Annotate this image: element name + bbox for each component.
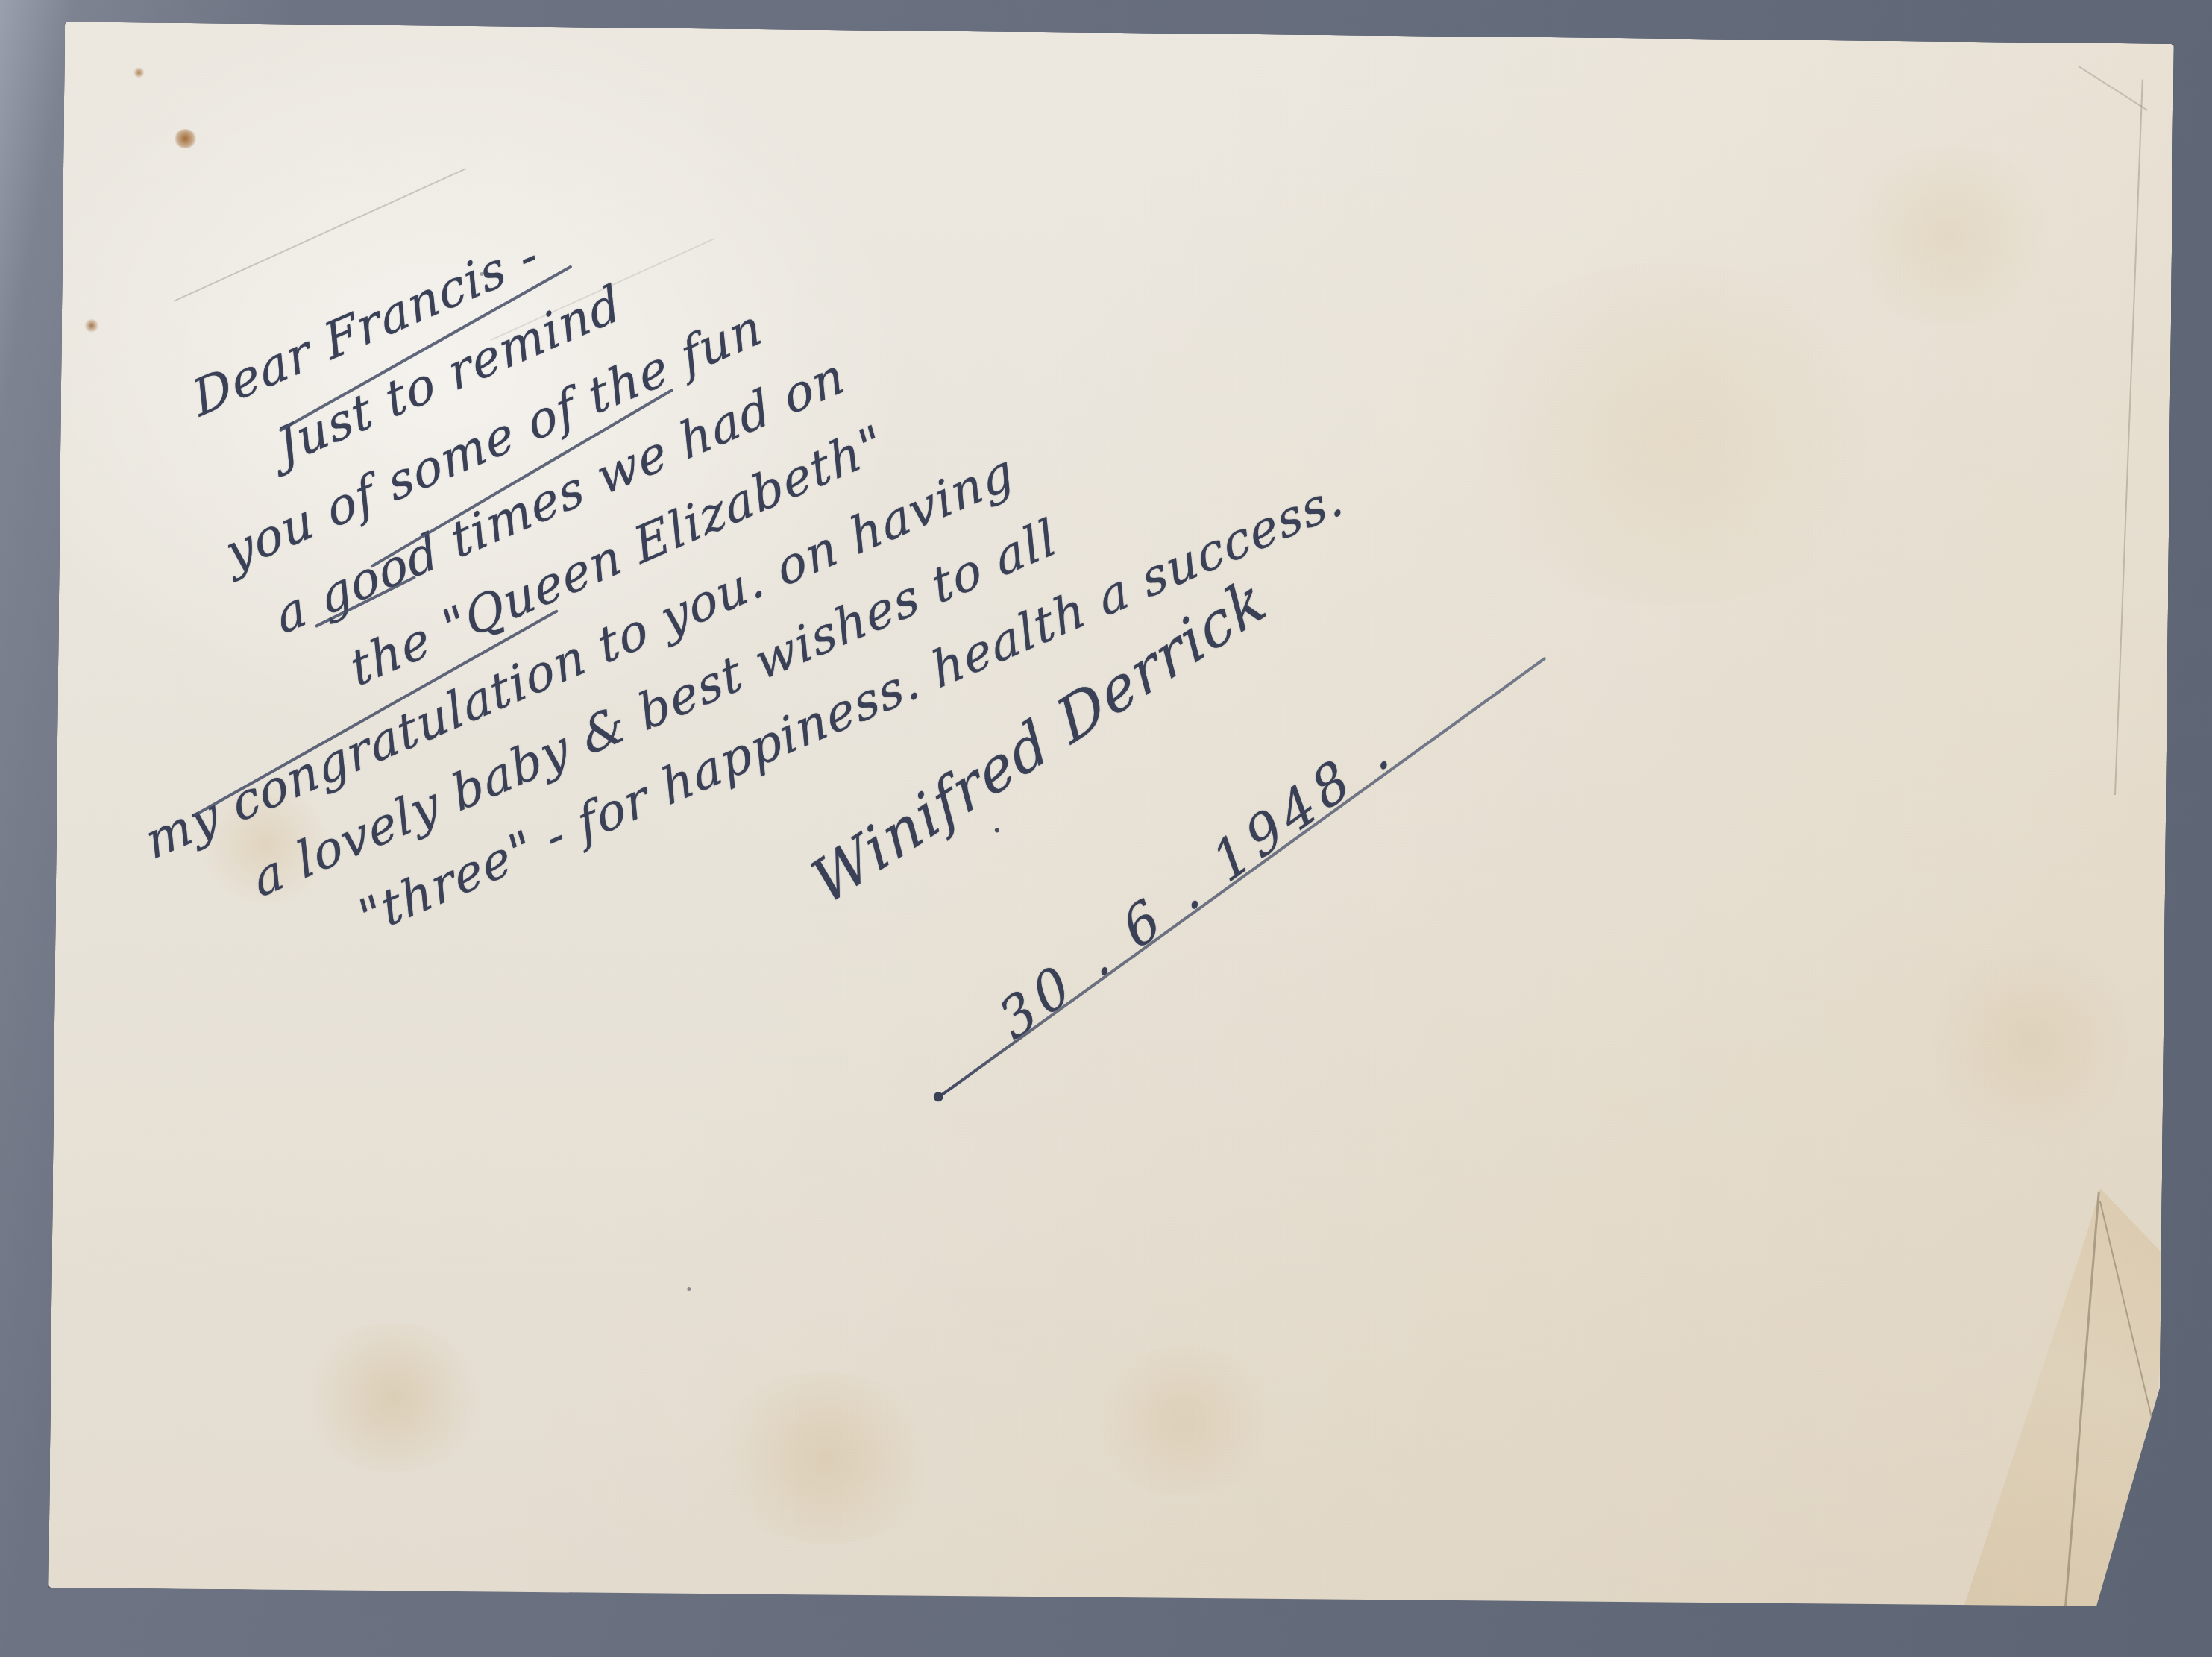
tear-crease [2064, 1192, 2099, 1608]
age-stain [706, 1371, 946, 1544]
age-stain [1837, 145, 2062, 326]
photo-of-handwritten-note: { "scene": { "description": "Reverse sid… [0, 0, 2212, 1657]
crease-line [2078, 66, 2148, 111]
torn-corner [1946, 1183, 2171, 1610]
dust-speck [995, 828, 999, 832]
age-stain [296, 1322, 491, 1474]
age-stain [1932, 922, 2128, 1163]
dust-speck [687, 1287, 691, 1291]
photograph-reverse-paper: Dear Francis - Just to remind you of som… [48, 22, 2174, 1609]
foxing-spot [133, 67, 145, 78]
foxing-spot [84, 319, 99, 333]
crease-line [2114, 80, 2143, 795]
age-stain [1086, 1345, 1281, 1497]
tear-crease [2099, 1201, 2158, 1440]
foxing-spot [174, 129, 196, 148]
